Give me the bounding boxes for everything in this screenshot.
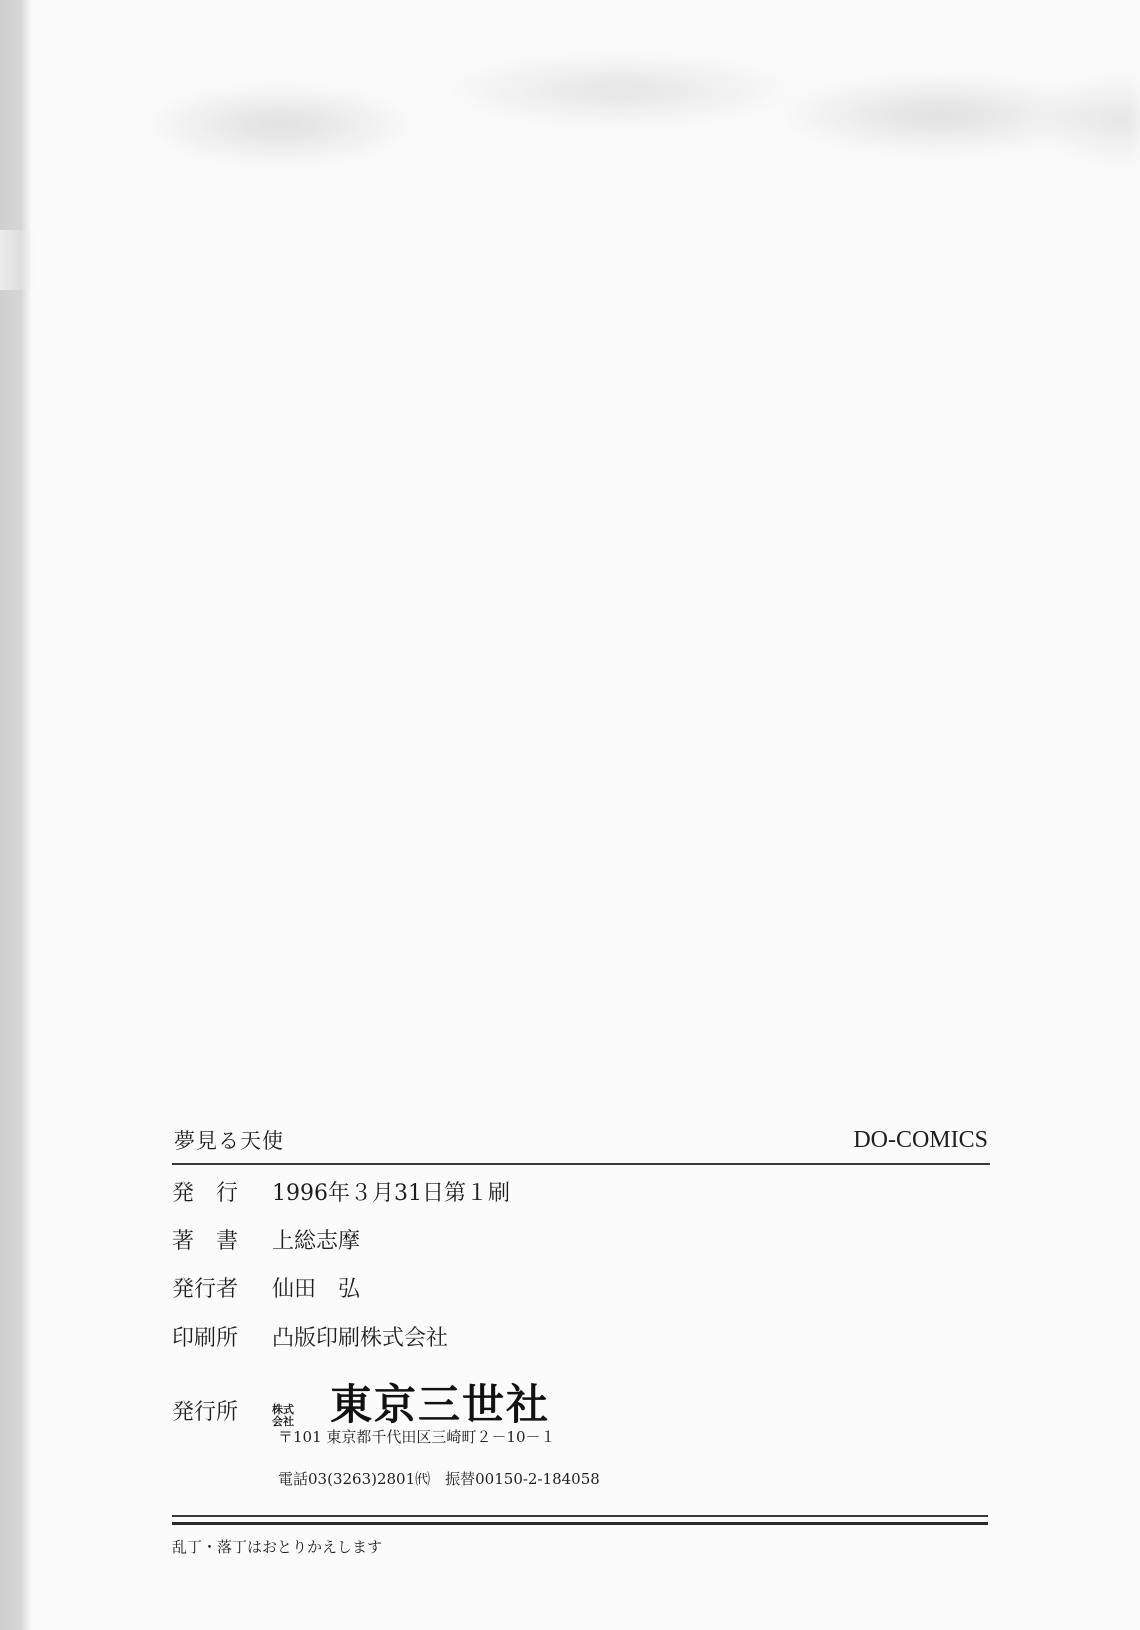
title-row: 夢見る天使 DO-COMICS bbox=[172, 1125, 988, 1165]
printer-value: 凸版印刷株式会社 bbox=[272, 1321, 448, 1352]
row-author: 著 書 上総志摩 bbox=[172, 1224, 360, 1255]
publisher-person-label: 発行者 bbox=[172, 1272, 272, 1303]
scan-shadow bbox=[60, 30, 1140, 180]
corporate-mark: 株式 会社 bbox=[272, 1404, 298, 1428]
scan-left-edge-gap bbox=[0, 230, 36, 290]
row-publisher-person: 発行者 仙田 弘 bbox=[172, 1272, 360, 1303]
publisher-label: 発行所 bbox=[172, 1395, 272, 1426]
row-issue-date: 発 行 1996年３月31日第１刷 bbox=[172, 1176, 510, 1207]
printer-label: 印刷所 bbox=[172, 1321, 272, 1352]
colophon-header: 夢見る天使 DO-COMICS bbox=[172, 1125, 988, 1165]
author-label: 著 書 bbox=[172, 1224, 272, 1255]
footer-rule-top bbox=[172, 1515, 988, 1517]
header-rule bbox=[172, 1163, 990, 1165]
publisher-person-value: 仙田 弘 bbox=[272, 1272, 360, 1303]
colophon-page: 夢見る天使 DO-COMICS 発 行 1996年３月31日第１刷 著 書 上総… bbox=[0, 0, 1140, 1630]
publisher-contact: 電話03(3263)2801㈹ 振替00150-2-184058 bbox=[278, 1468, 600, 1489]
footer-rule-bottom bbox=[172, 1522, 988, 1525]
row-publisher: 発行所 株式 会社 東京三世社 bbox=[172, 1372, 550, 1434]
series-name: DO-COMICS bbox=[853, 1127, 988, 1154]
author-value: 上総志摩 bbox=[272, 1224, 360, 1255]
publisher-address: 〒101 東京都千代田区三崎町２－10－１ bbox=[278, 1426, 556, 1447]
replacement-notice: 乱丁・落丁はおとりかえします bbox=[172, 1536, 382, 1557]
publisher-name: 東京三世社 bbox=[330, 1372, 550, 1432]
issue-value: 1996年３月31日第１刷 bbox=[272, 1176, 510, 1207]
issue-label: 発 行 bbox=[172, 1176, 272, 1207]
row-printer: 印刷所 凸版印刷株式会社 bbox=[172, 1321, 448, 1352]
book-title: 夢見る天使 bbox=[174, 1125, 284, 1155]
